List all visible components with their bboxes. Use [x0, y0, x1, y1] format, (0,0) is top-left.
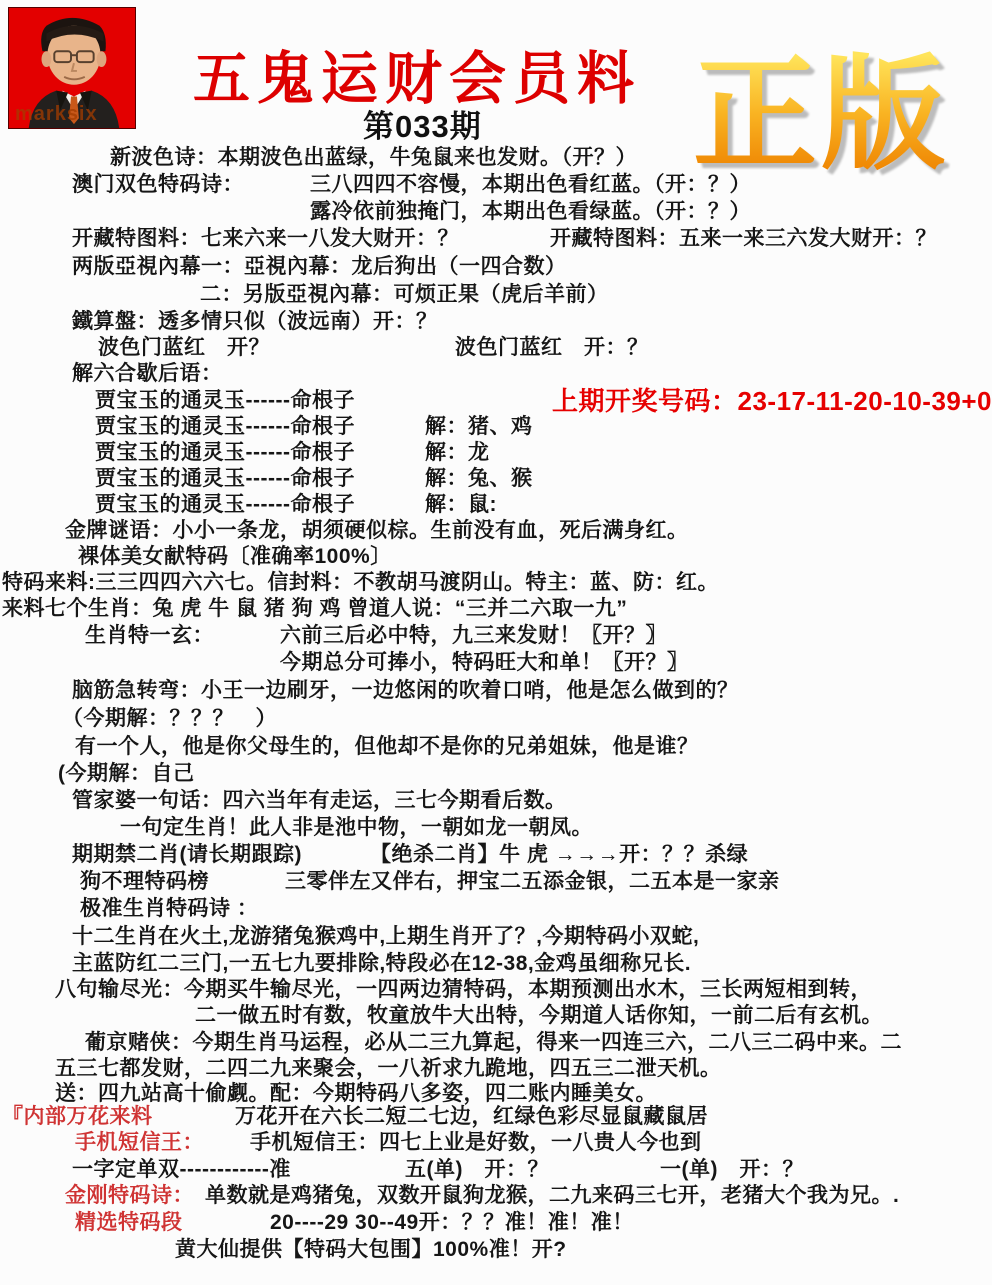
line-riddle-2: 贾宝玉的通灵玉------命根子	[95, 415, 355, 439]
line-pujing-2: 五三七都发财，二四二九来聚会，一八祈求九跪地，四五三二泄天机。	[55, 1057, 722, 1081]
line-zodiac-mystery-label: 生肖特一玄：	[85, 624, 214, 648]
line-selected-range-label: 精选特码段	[75, 1211, 183, 1235]
line-treasure-tip-right: 开藏特图料：五来一来三六发大财开：？	[550, 227, 937, 251]
line-riddle-section-title: 解六合歇后语：	[72, 362, 223, 386]
line-insider-flower-text: 万花开在六长二短二七边，红绿色彩尽显鼠藏鼠居	[235, 1105, 708, 1129]
line-sms-king-label: 手机短信王：	[75, 1131, 204, 1155]
line-zodiac-mystery-1: 六前三后必中特，九三来发财！〖开？〗	[280, 624, 667, 648]
line-housekeeper-2: 一句定生肖！此人非是池中物，一朝如龙一朝凤。	[120, 816, 593, 840]
line-brain-teaser-1-answer: （今期解：？？？ ）	[62, 707, 277, 731]
line-single-double-right: 一(单) 开：？	[660, 1158, 804, 1182]
line-housekeeper-1: 管家婆一句话：四六当年有走运，三七今期看后数。	[72, 789, 567, 813]
portrait-photo: marksix	[8, 7, 136, 129]
line-special-source: 特码来料:三三四四六六七。信封料：不教胡马渡阴山。特主：蓝、防：红。	[2, 571, 719, 595]
line-seven-zodiac: 来料七个生肖：兔 虎 牛 鼠 猪 狗 鸡 曾道人说：“三并二六取一九”	[2, 597, 627, 621]
line-single-double-mid: 五(单) 开：？	[405, 1158, 549, 1182]
line-riddle-2-answer: 解：猪、鸡	[425, 415, 533, 439]
issue-number: 第033期	[363, 101, 482, 146]
line-eight-verse-1: 八句输尽光：今期买牛输尽光，一四两边猜特码，本期预测出水木，三长两短相到转，	[55, 978, 872, 1002]
line-sms-king-text: 手机短信王：四七上业是好数，一八贵人今也到	[250, 1131, 702, 1155]
line-ban-two-zodiac-label: 期期禁二肖(请长期跟踪)	[72, 843, 302, 867]
line-send-pair: 送：四九站高十偷觑。配：今期特码八多姿，四二账内睡美女。	[55, 1082, 657, 1106]
line-riddle-3: 贾宝玉的通灵玉------命根子	[95, 441, 355, 465]
line-macau-poem-2: 露冷依前独掩门，本期出色看绿蓝。（开：？）	[310, 200, 751, 224]
line-vajra-poem-label: 金刚特码诗：	[65, 1184, 194, 1208]
line-goubuli-text: 三零伴左又伴右，押宝二五添金银，二五本是一家亲	[285, 870, 780, 894]
line-vajra-poem-text: 单数就是鸡猪兔，双数开鼠狗龙猴，二九来码三七开，老猪大个我为兄。.	[205, 1184, 899, 1208]
line-zodiac-poem-title: 极准生肖特码诗 ：	[80, 897, 258, 921]
line-brain-teaser-1: 脑筋急转弯：小王一边刷牙，一边悠闲的吹着口哨，他是怎么做到的？	[72, 679, 739, 703]
line-atv-insider-2: 二：另版亞視內幕：可烦正果（虎后羊前）	[200, 283, 609, 307]
line-atv-insider-1: 两版亞視內幕一：亞視內幕：龙后狗出（一四合数）	[72, 255, 567, 279]
line-gold-riddle: 金牌谜语：小小一条龙，胡须硬似棕。生前没有血，死后满身红。	[65, 519, 689, 543]
line-brain-teaser-2: 有一个人，他是你父母生的，但他却不是你的兄弟姐妹，他是谁？	[75, 735, 699, 759]
photo-watermark-text: marksix	[15, 103, 98, 126]
line-new-color-poem: 新波色诗：本期波色出蓝绿，牛兔鼠来也发财。（开？）	[110, 146, 637, 170]
line-macau-poem-1: 三八四四不容慢，本期出色看红蓝。（开：？）	[310, 173, 751, 197]
line-iron-abacus: 鐵算盤：透多情只似（波远南）开：？	[72, 310, 438, 334]
line-riddle-4-answer: 解：兔、猴	[425, 467, 533, 491]
line-zodiac-poem-2: 主蓝防红二三门,一五七九要排除,特段必在12-38,金鸡虽细称兄长.	[72, 952, 691, 976]
line-color-door-left: 波色门蓝红 开？	[98, 336, 270, 360]
line-single-double-label: 一字定单双------------准	[72, 1158, 291, 1182]
line-riddle-1: 贾宝玉的通灵玉------命根子	[95, 389, 355, 413]
line-goubuli-label: 狗不理特码榜	[80, 870, 209, 894]
line-huangdaxian: 黄大仙提供【特码大包围】100%准！开?	[175, 1238, 567, 1262]
line-riddle-4: 贾宝玉的通灵玉------命根子	[95, 467, 355, 491]
line-pujing-1: 葡京赌侠：今期生肖马运程，必从二三九算起，得来一四连三六，二八三二码中来。二	[85, 1031, 902, 1055]
line-eight-verse-2: 二一做五时有数，牧童放牛大出特，今期道人话你知，一前二后有玄机。	[195, 1004, 883, 1028]
line-beauty-special: 裸体美女献特码〔准确率100%〕	[78, 545, 392, 569]
line-treasure-tip-left: 开藏特图料：七来六来一八发大财开：？	[72, 227, 459, 251]
line-riddle-3-answer: 解：龙	[425, 441, 490, 465]
line-kill-two-zodiac: 【绝杀二肖】牛 虎 →→→开：？？杀绿	[370, 843, 748, 867]
line-riddle-5-answer: 解：鼠:	[425, 493, 497, 517]
line-zodiac-poem-1: 十二生肖在火土,龙游猪兔猴鸡中,上期生肖开了？,今期特码小双蛇,	[72, 925, 699, 949]
tip-sheet-page: marksix 五鬼运财会员料 第033期 正版 新波色诗：本期波色出蓝绿，牛兔…	[0, 0, 992, 1285]
line-zodiac-mystery-2: 今期总分可捧小，特码旺大和单！〖开？〗	[280, 651, 689, 675]
edition-watermark: 正版	[693, 44, 949, 187]
line-brain-teaser-2-answer: (今期解：自己	[58, 762, 195, 786]
line-macau-poem-label: 澳门双色特码诗：	[72, 173, 244, 197]
line-insider-flower-label: 『内部万花来料	[2, 1105, 153, 1129]
line-color-door-right: 波色门蓝红 开：？	[455, 336, 649, 360]
line-riddle-5: 贾宝玉的通灵玉------命根子	[95, 493, 355, 517]
last-draw-numbers: 上期开奖号码：23-17-11-20-10-39+06	[552, 381, 992, 418]
line-selected-range-text: 20----29 30--49开：？？准！准！准！	[270, 1211, 634, 1235]
